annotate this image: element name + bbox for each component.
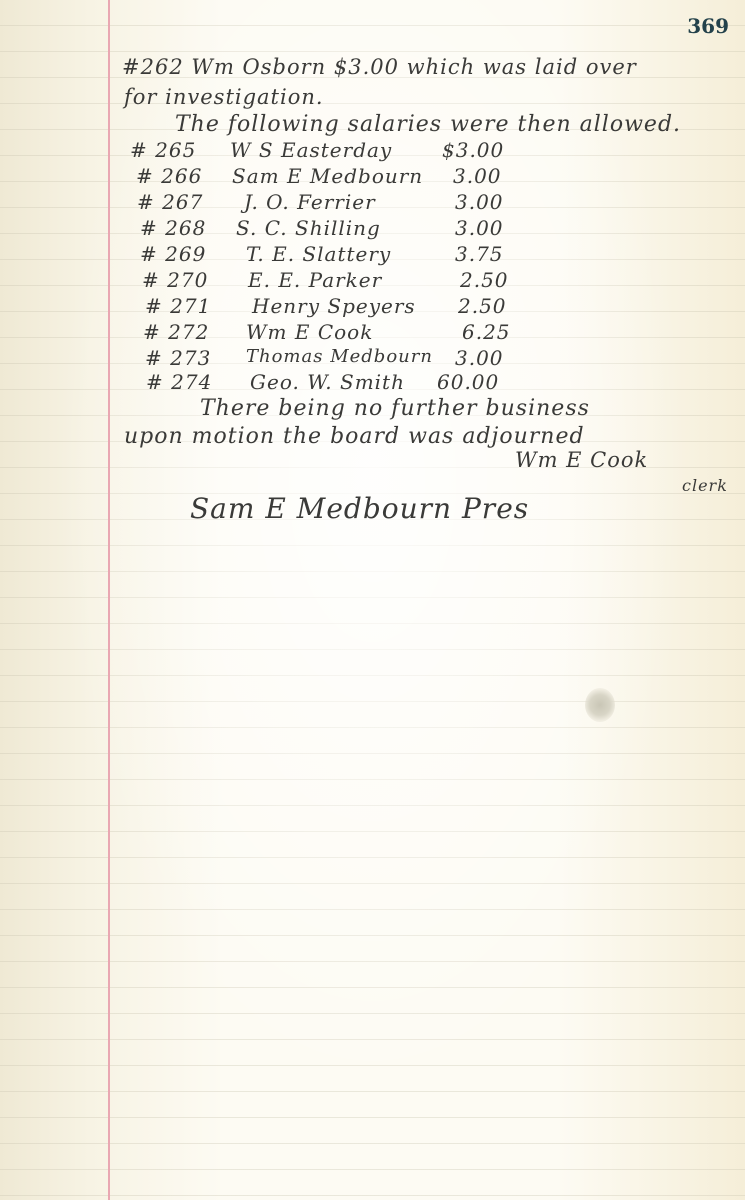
closing-line-2: upon motion the board was adjourned [124,424,585,449]
entry-number: # 267 [137,190,203,214]
entry-number: # 269 [140,242,206,266]
ink-stain [585,688,615,722]
entry-number: # 268 [140,216,206,240]
entry-amount: 3.00 [455,216,504,240]
entry-number: # 265 [130,138,196,162]
entry-amount: 6.25 [462,320,511,344]
entry-number: # 274 [146,370,212,394]
entry-amount: 3.00 [455,190,504,214]
entry-amount: 3.00 [455,346,504,370]
ledger-page: 369 #262 Wm Osborn $3.00 which was laid … [0,0,745,1200]
intro-line-3: The following salaries were then allowed… [175,112,681,137]
entry-name: Sam E Medbourn [232,164,423,188]
clerk-title: clerk [682,476,728,495]
president-signature: Sam E Medbourn Pres [190,492,529,525]
entry-number: # 270 [142,268,208,292]
entry-name: Henry Speyers [252,294,416,318]
entry-amount: 2.50 [458,294,507,318]
entry-amount: 60.00 [437,370,499,394]
intro-line-2: for investigation. [124,85,324,109]
entry-name: S. C. Shilling [236,216,381,240]
margin-line [108,0,110,1200]
entry-name: Wm E Cook [246,320,373,344]
entry-number: # 266 [136,164,202,188]
page-number: 369 [687,14,729,38]
closing-line-1: There being no further business [200,396,590,421]
entry-name: T. E. Slattery [246,242,391,266]
intro-line-1: #262 Wm Osborn $3.00 which was laid over [122,55,637,79]
entry-number: # 273 [145,346,211,370]
entry-amount: 2.50 [460,268,509,292]
entry-name: E. E. Parker [248,268,382,292]
entry-amount: 3.75 [455,242,504,266]
entry-amount: 3.00 [453,164,502,188]
entry-name: W S Easterday [230,138,392,162]
entry-name: Thomas Medbourn [246,346,433,367]
entry-number: # 271 [145,294,211,318]
clerk-signature: Wm E Cook [515,448,648,472]
entry-name: Geo. W. Smith [250,370,405,394]
entry-amount: $3.00 [442,138,504,162]
entry-number: # 272 [143,320,209,344]
entry-name: J. O. Ferrier [244,190,376,214]
